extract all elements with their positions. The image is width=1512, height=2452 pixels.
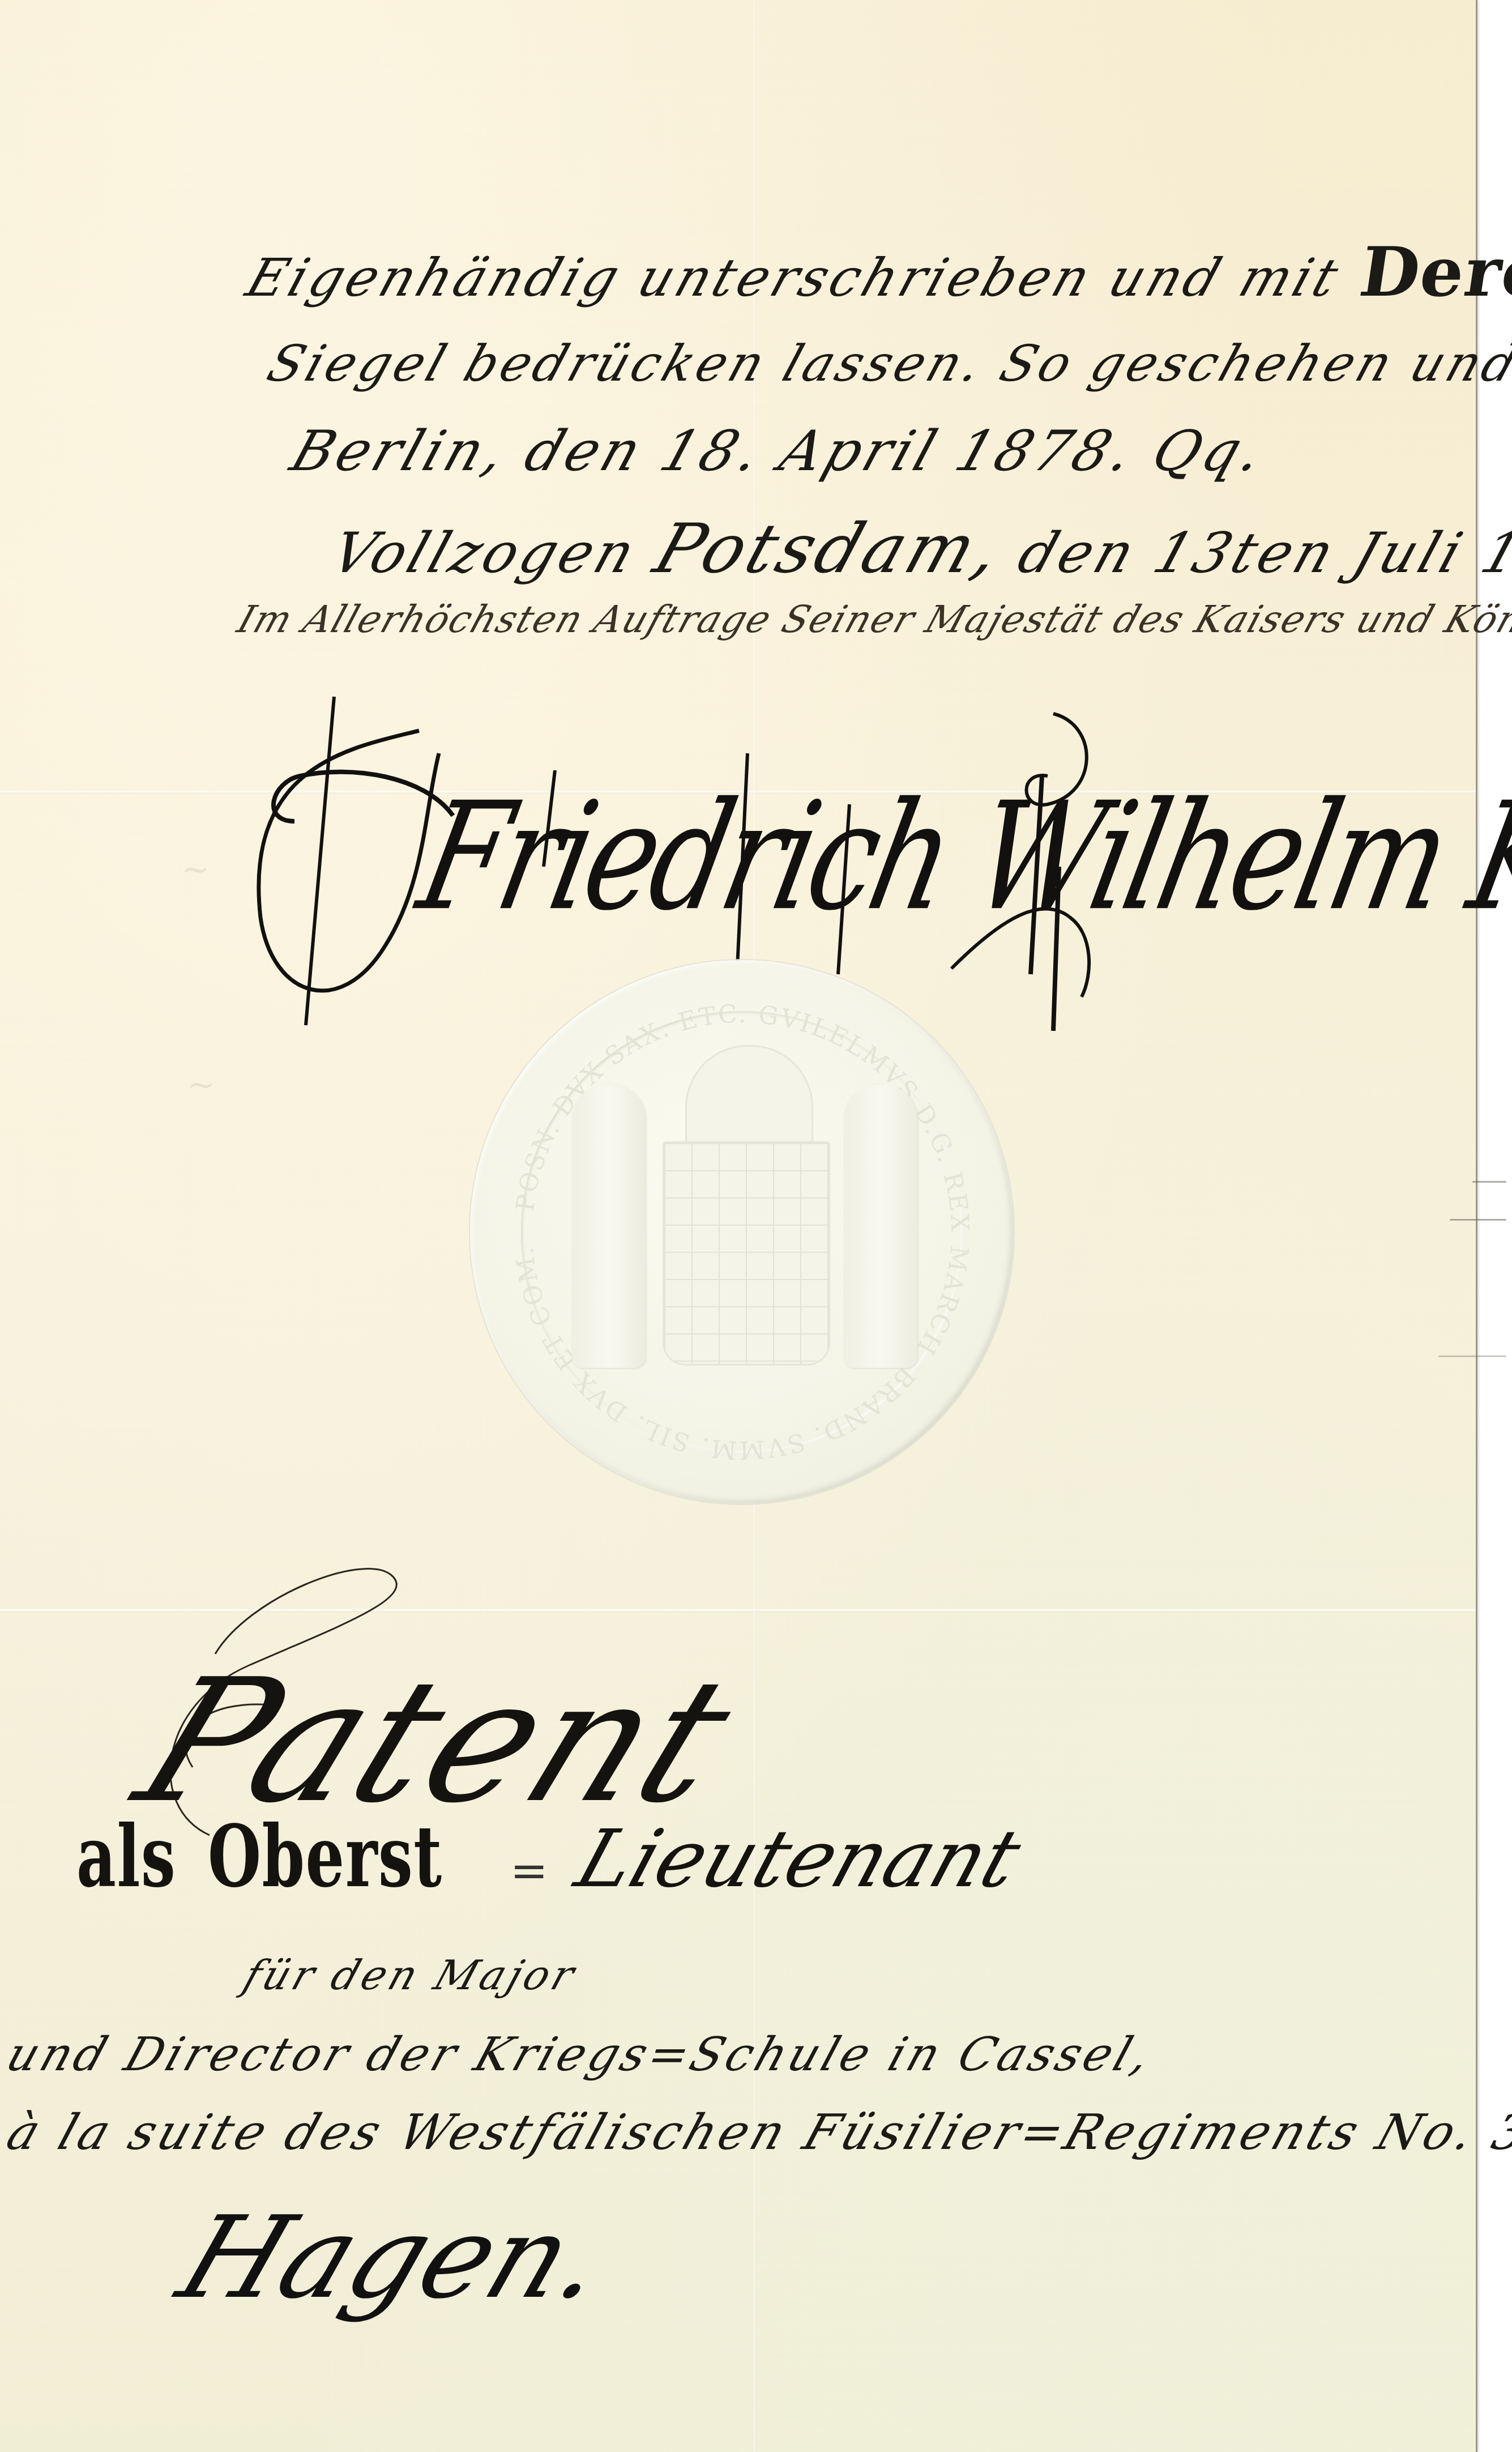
rank-oberst: Oberst <box>208 1807 443 1907</box>
recipient-name: Hagen. <box>163 2192 626 2324</box>
wild-man-supporter-right-icon <box>844 1085 917 1368</box>
signature-text: Friedrich Wilhelm Kronprinz <box>406 770 1512 943</box>
body-line-3-date: Berlin, den 18. April 1878. Qq. <box>283 419 1274 484</box>
embossed-seal: POSN. DVX SAX. ETC. GVILELMVS D.G. REX B… <box>470 960 1014 1504</box>
coat-of-arms-shield-icon <box>663 1141 830 1366</box>
rank-als: als <box>76 1807 176 1907</box>
rank-dash: = <box>510 1844 548 1897</box>
body-line-1-emphasis: Dero <box>1355 232 1512 312</box>
body-line-5-authority: Im Allerhöchsten Auftrage Seiner Majestä… <box>232 598 1512 641</box>
bleed-through-mark: ~ <box>187 1065 215 1105</box>
rank-lieutenant: Lieutenant <box>566 1813 1032 1905</box>
document-sheet: Eigenhändig unterschrieben und mit Dero … <box>0 0 1477 2452</box>
body-line-4-executed: Vollzogen Potsdam, den 13ten Juli 1878. <box>323 510 1512 589</box>
body-line-4-place: Potsdam, <box>645 510 1014 589</box>
body-line-1: Eigenhändig unterschrieben und mit Dero … <box>238 232 1512 312</box>
recipient-line-3: à la suite des Westfälischen Füsilier=Re… <box>0 2104 1512 2161</box>
recipient-line-1: für den Major <box>238 1951 583 1999</box>
body-line-2: Siegel bedrücken lassen. So geschehen un… <box>260 334 1512 393</box>
body-line-4-post: den 13ten Juli 1878. <box>1010 521 1512 586</box>
bleed-through-mark: ~ <box>181 850 210 889</box>
recipient-line-2: und Director der Kriegs=Schule in Cassel… <box>0 2028 1160 2082</box>
edge-tear-mark <box>1472 1181 1506 1183</box>
wild-man-supporter-left-icon <box>572 1085 646 1368</box>
body-line-1-pre: Eigenhändig unterschrieben und mit <box>239 248 1349 308</box>
body-line-4-pre: Vollzogen <box>324 521 646 586</box>
edge-tear-mark <box>1450 1219 1506 1221</box>
rank-line: als Oberst = Lieutenant <box>76 1807 1016 1907</box>
edge-tear-mark <box>1438 1355 1506 1357</box>
